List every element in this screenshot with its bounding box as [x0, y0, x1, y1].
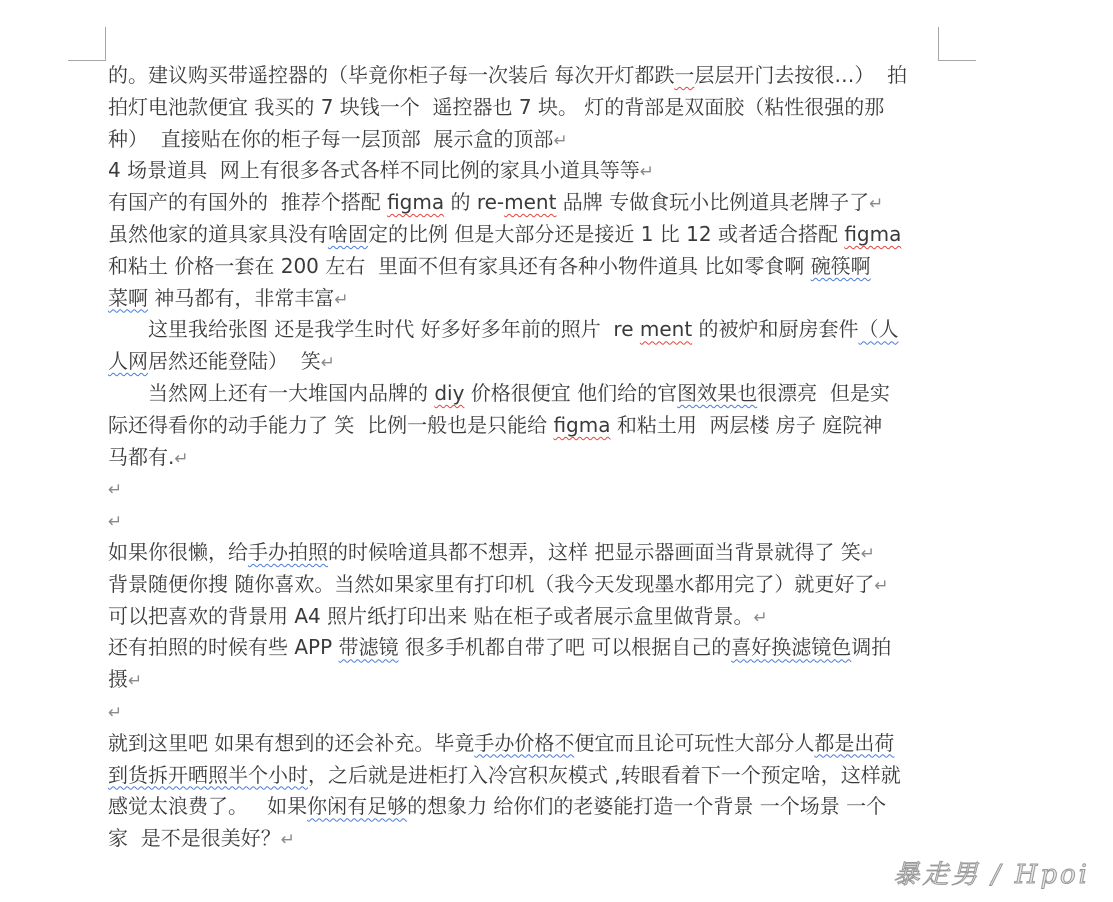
watermark: 暴走男 / Hpoi	[893, 854, 1090, 891]
paragraph-mark-icon: ↵	[108, 703, 122, 723]
text-line: 的。建议购买带遥控器的（毕竟你柜子每一次装后 每次开灯都跌一层层开门去按很…） …	[108, 60, 953, 92]
text-run: 神马都有，非常丰富	[148, 286, 334, 310]
text-line: 有国产的有国外的 推荐个搭配 figma 的 re-ment 品牌 专做食玩小比…	[108, 187, 953, 219]
text-run: 种） 直接贴在你的柜子每一层顶部 展示盒的顶部	[108, 127, 553, 151]
text-line: 当然网上还有一大堆国内品牌的 diy 价格很便宜 他们给的官图效果也很漂亮 但是…	[108, 378, 953, 410]
text-run: 很多手机都自带了吧 可以根据自己的	[399, 635, 732, 659]
text-run: 马都有.	[108, 445, 174, 469]
text-run: 的想象力 给你们的老婆能打造一个背景 一个场景 一个	[407, 794, 886, 818]
spellcheck-underline: figma	[387, 190, 444, 214]
text-run: 定的比例 但是大部分还是接近 1 比 12 或者适合搭配	[368, 222, 844, 246]
margin-crop-mark-top-left-vertical	[105, 27, 106, 61]
text-line: 这里我给张图 还是我学生时代 好多好多年前的照片 re ment 的被炉和厨房套…	[108, 314, 953, 346]
grammar-underline: 手办拍照	[248, 540, 328, 564]
grammar-underline: 手办价格不	[474, 731, 574, 755]
text-line: 如果你很懒，给手办拍照的时候啥道具都不想弄，这样 把显示器画面当背景就得了 笑↵	[108, 537, 953, 569]
grammar-underline: 到货拆开晒照半个小时	[108, 763, 308, 787]
grammar-underline: 带滤镜	[339, 635, 399, 659]
text-run: 拍灯电池款便宜 我买的 7 块钱一个 遥控器也 7 块。 灯的背部是双面胶（粘性…	[108, 95, 884, 119]
spellcheck-underline: ment	[640, 317, 692, 341]
grammar-underline: 图效果也	[677, 381, 757, 405]
text-line: 感觉太浪费了。 如果你闲有足够的想象力 给你们的老婆能打造一个背景 一个场景 一…	[108, 791, 953, 823]
text-line: ↵	[108, 505, 953, 537]
text-run: 的。建议购买带遥控器的（毕竟你柜子每一次装后 每次开灯都跌	[108, 63, 674, 87]
grammar-underline: 碗筷啊	[811, 254, 871, 278]
paragraph-mark-icon: ↵	[174, 449, 188, 469]
text-run: 居然还能登陆） 笑	[148, 349, 321, 373]
text-run: 际还得看你的动手能力了 笑 比例一般也是只能给	[108, 413, 553, 437]
text-line: 就到这里吧 如果有想到的还会补充。毕竟手办价格不便宜而且论可玩性大部分人都是出荷	[108, 728, 953, 760]
text-line: 拍灯电池款便宜 我买的 7 块钱一个 遥控器也 7 块。 灯的背部是双面胶（粘性…	[108, 92, 953, 124]
paragraph-mark-icon: ↵	[108, 512, 122, 532]
margin-crop-mark-top-left-horizontal	[68, 60, 106, 61]
paragraph-mark-icon: ↵	[334, 290, 348, 310]
text-run: 4 场景道具 网上有很多各式各样不同比例的家具小道具等等	[108, 158, 640, 182]
text-run: 家 是不是很美好？	[108, 826, 281, 850]
text-run: 如果你很懒，给	[108, 540, 248, 564]
text-line: ↵	[108, 696, 953, 728]
text-line: 4 场景道具 网上有很多各式各样不同比例的家具小道具等等↵	[108, 155, 953, 187]
document-text[interactable]: 的。建议购买带遥控器的（毕竟你柜子每一次装后 每次开灯都跌一层层开门去按很…） …	[108, 60, 953, 855]
paragraph-mark-icon: ↵	[321, 353, 335, 373]
text-run: 层层开门去按很…） 拍	[694, 63, 907, 87]
text-line: 到货拆开晒照半个小时，之后就是进柜打入冷宫积灰模式 ,转眼看着下一个预定啥，这样…	[108, 760, 953, 792]
text-line: 背景随便你搜 随你喜欢。当然如果家里有打印机（我今天发现墨水都用完了）就更好了↵	[108, 569, 953, 601]
grammar-underline: 啥固	[328, 222, 368, 246]
paragraph-mark-icon: ↵	[869, 194, 883, 214]
text-line: 马都有.↵	[108, 442, 953, 474]
text-run: 和粘土用 两层楼 房子 庭院神	[610, 413, 882, 437]
text-run: 的时候啥道具都不想弄，这样 把显示器画面当背景就得了 笑	[328, 540, 861, 564]
text-line: 虽然他家的道具家具没有啥固定的比例 但是大部分还是接近 1 比 12 或者适合搭…	[108, 219, 953, 251]
grammar-underline: 喜好换滤镜色	[731, 635, 851, 659]
margin-crop-mark-top-right-vertical	[938, 27, 939, 61]
text-run: 调拍	[851, 635, 891, 659]
grammar-underline: 都是出荷	[814, 731, 894, 755]
text-run: ，之后就是进柜打入冷宫积灰模式 ,转眼看着下一个预定啥，这样就	[308, 763, 901, 787]
grammar-underline: 你闲有足够	[307, 794, 407, 818]
text-run: 和粘土 价格一套在 200 左右 里面不但有家具还有各种小物件道具 比如零食啊	[108, 254, 811, 278]
text-run: 品牌 专做食玩小比例道具老牌子了	[556, 190, 869, 214]
paragraph-mark-icon: ↵	[874, 576, 888, 596]
paragraph-mark-icon: ↵	[128, 671, 142, 691]
paragraph-mark-icon: ↵	[281, 830, 295, 850]
grammar-underline: 人网	[108, 349, 148, 373]
text-run: 便宜而且论可玩性大部分人	[574, 731, 814, 755]
paragraph-mark-icon: ↵	[861, 544, 875, 564]
text-run: 虽然他家的道具家具没有	[108, 222, 328, 246]
spellcheck-underline: ment	[504, 190, 556, 214]
paragraph-mark-icon: ↵	[108, 480, 122, 500]
text-run: 很漂亮 但是实	[757, 381, 890, 405]
spellcheck-underline: 一	[674, 63, 694, 87]
spellcheck-underline: figma	[844, 222, 901, 246]
text-run: 背景随便你搜 随你喜欢。当然如果家里有打印机（我今天发现墨水都用完了）就更好了	[108, 572, 874, 596]
text-run: 可以把喜欢的背景用 A4 照片纸打印出来 贴在柜子或者展示盒里做背景。	[108, 604, 753, 628]
text-run: 有国产的有国外的 推荐个搭配	[108, 190, 387, 214]
text-run: 价格很便宜 他们给的官	[464, 381, 677, 405]
text-run: 当然网上还有一大堆国内品牌的	[108, 381, 434, 405]
text-line: 菜啊 神马都有，非常丰富↵	[108, 283, 953, 315]
paragraph-mark-icon: ↵	[640, 162, 654, 182]
text-run: 这里我给张图 还是我学生时代 好多好多年前的照片 re	[108, 317, 640, 341]
text-line: ↵	[108, 473, 953, 505]
grammar-underline: （人	[859, 317, 899, 341]
text-line: 和粘土 价格一套在 200 左右 里面不但有家具还有各种小物件道具 比如零食啊 …	[108, 251, 953, 283]
text-run: 还有拍照的时候有些 APP	[108, 635, 339, 659]
text-line: 可以把喜欢的背景用 A4 照片纸打印出来 贴在柜子或者展示盒里做背景。↵	[108, 601, 953, 633]
text-line: 人网居然还能登陆） 笑↵	[108, 346, 953, 378]
text-line: 种） 直接贴在你的柜子每一层顶部 展示盒的顶部↵	[108, 124, 953, 156]
paragraph-mark-icon: ↵	[753, 608, 767, 628]
text-run: 摄	[108, 667, 128, 691]
grammar-underline: 菜啊	[108, 286, 148, 310]
paragraph-mark-icon: ↵	[553, 131, 567, 151]
text-line: 摄↵	[108, 664, 953, 696]
text-line: 还有拍照的时候有些 APP 带滤镜 很多手机都自带了吧 可以根据自己的喜好换滤镜…	[108, 632, 953, 664]
text-run: 的 re-	[444, 190, 504, 214]
text-run: 感觉太浪费了。 如果	[108, 794, 307, 818]
text-line: 家 是不是很美好？↵	[108, 823, 953, 855]
spellcheck-underline: diy	[434, 381, 464, 405]
text-line: 际还得看你的动手能力了 笑 比例一般也是只能给 figma 和粘土用 两层楼 房…	[108, 410, 953, 442]
text-run: 的被炉和厨房套件	[692, 317, 858, 341]
text-run: 就到这里吧 如果有想到的还会补充。毕竟	[108, 731, 474, 755]
spellcheck-underline: figma	[553, 413, 610, 437]
